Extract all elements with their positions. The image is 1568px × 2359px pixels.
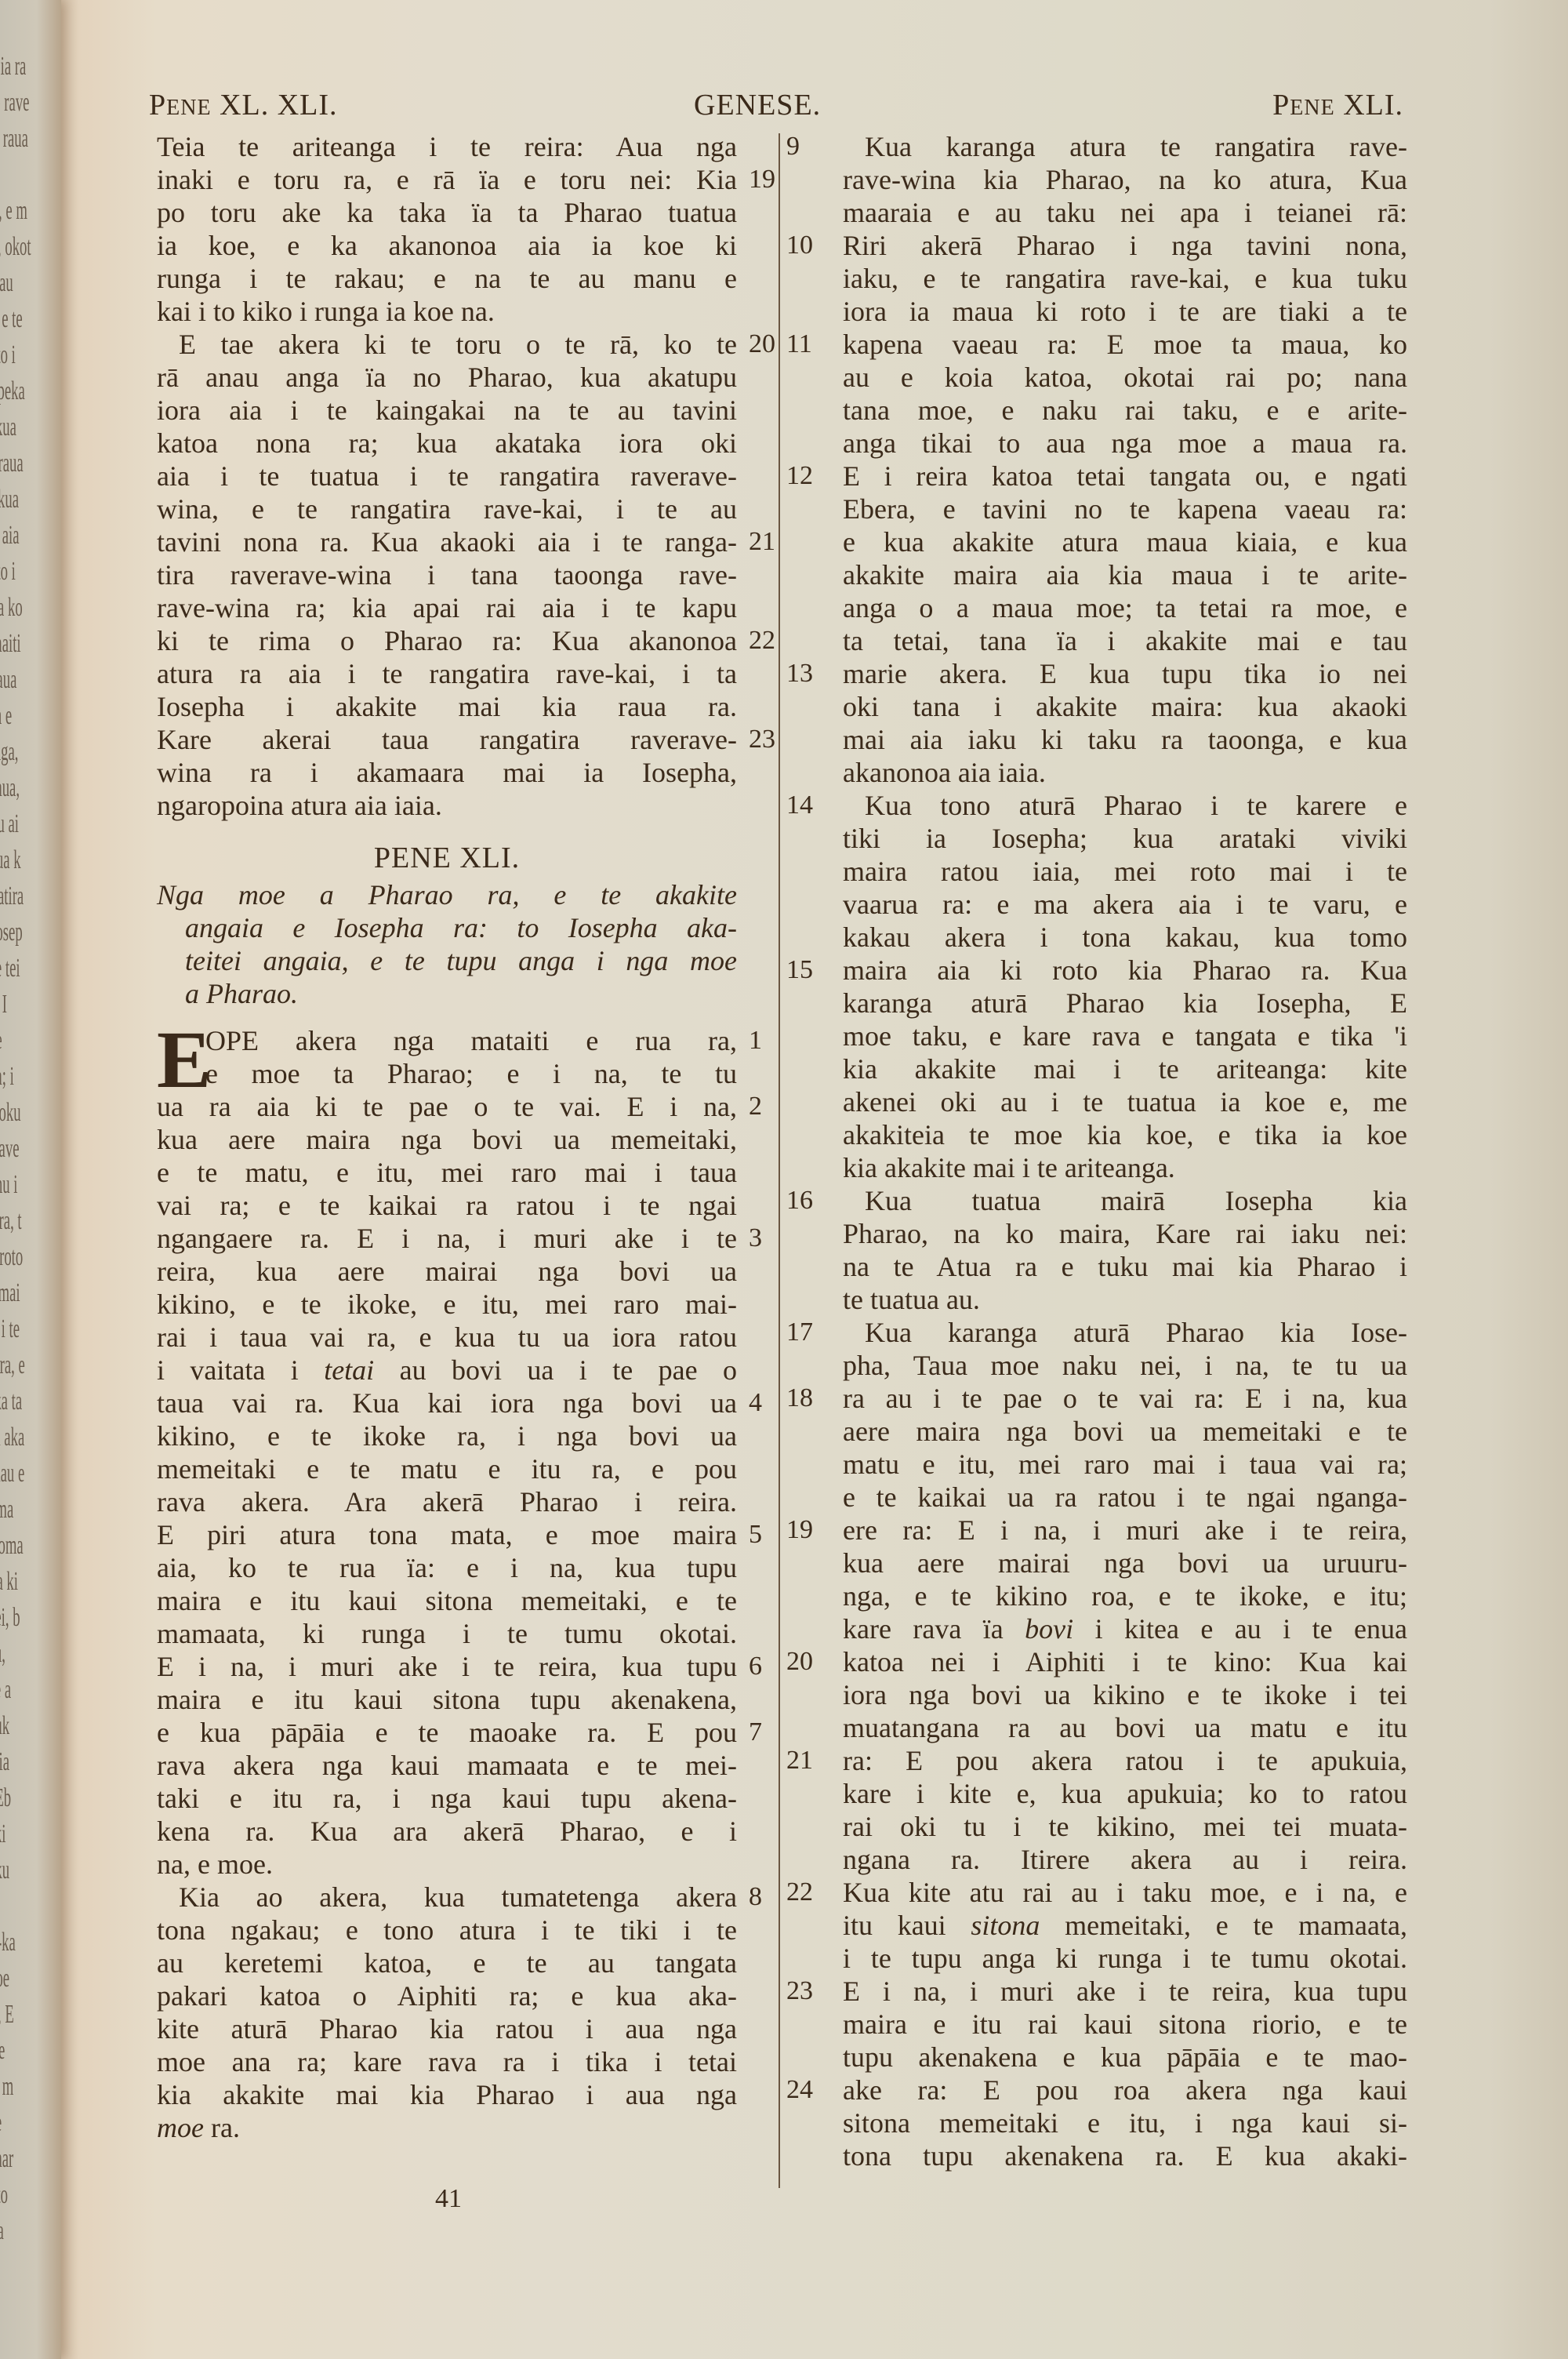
text-line: aia, ko te rua ïa: e i na, kua tupu — [157, 1551, 737, 1584]
line-text: maaraia e au taku nei apa i teianei rā: — [843, 197, 1407, 228]
line-text: tona tupu akenakena ra. E kua akaki- — [843, 2140, 1407, 2172]
bleed-text-line: ra: e — [0, 1026, 2, 1056]
bleed-text-line: vine tei — [0, 954, 20, 983]
text-line: wina, e te rangatira rave-kai, i te au — [157, 493, 737, 525]
text-line: tiki ia Iosepha; kua arataki viviki — [843, 822, 1407, 855]
line-text: rai i taua vai ra, e kua tu ua iora rato… — [157, 1321, 737, 1353]
text-line: vaarua ra: e ma akera aia i te varu, e — [843, 888, 1407, 921]
bleed-text-line: e tapeka — [0, 376, 25, 406]
line-text: maira ratou iaia, mei roto mai i te — [843, 856, 1407, 887]
line-text: anga o a maua moe; ta tetai ra moe, e — [843, 592, 1407, 623]
chapter-summary: Nga moe a Pharao ra, e te akakiteangaia … — [157, 878, 737, 1010]
verse-number: 6 — [749, 1650, 762, 1683]
bleed-text-line: eau ia ra — [0, 52, 26, 82]
bleed-text-line: pha, E — [0, 2000, 14, 2030]
verse-number: 20 — [786, 1645, 830, 1678]
text-line: kia akakite mai kia Pharao i aua nga — [157, 2078, 737, 2111]
line-text: pha, Taua moe naku nei, i na, te tu ua — [843, 1350, 1407, 1381]
text-line: katoa nona ra; kua akataka iora oki — [157, 427, 737, 460]
left-column: Teia te ariteanga i te reira: Aua ngaina… — [157, 130, 737, 2144]
bleed-text-line: ra, e — [0, 2108, 2, 2138]
line-text: oki tana i akakite maira: kua akaoki — [843, 691, 1407, 722]
bleed-text-line: aira aia — [0, 521, 19, 551]
line-text: matu e itu, mei raro mai i taua vai ra; — [843, 1448, 1407, 1480]
text-line: kapena vaeau ra: E moe ta maua, ko11 — [843, 328, 1407, 361]
line-text: ngangaere ra. E i na, i muri ake i te — [157, 1223, 737, 1254]
bleed-text-line: ke ka ta — [0, 1387, 22, 1416]
line-text: aia i te tuatua i te rangatira raverave- — [157, 460, 737, 492]
text-line: kena ra. Kua ara akerā Pharao, e i — [157, 1815, 737, 1848]
text-line: e moe ta Pharao; e i na, te tu — [157, 1057, 737, 1090]
bleed-text-line: oku m — [0, 2072, 13, 2102]
line-text: pakari katoa o Aiphiti ra; e kua aka- — [157, 1980, 737, 2012]
bleed-text-line: ati Eb — [0, 1783, 11, 1813]
bleed-text-line: ra, kua — [0, 413, 16, 442]
text-line: maira e itu rai kaui sitona riorio, e te — [843, 2008, 1407, 2041]
line-text: kikino, e te ikoke, e itu, mei raro mai- — [157, 1289, 737, 1320]
line-text: karanga aturā Pharao kia Iosepha, E — [843, 987, 1407, 1019]
text-line: vai ra; e te kaikai ra ratou i te ngai — [157, 1189, 737, 1222]
line-text: e kua pāpāia e te maoake ra. E pou — [157, 1717, 737, 1748]
line-text: iora nga bovi ua kikino e te ikoke i tei — [843, 1679, 1407, 1710]
verse-number: 1 — [749, 1024, 762, 1057]
bleed-text-line: i iaku — [0, 1856, 9, 1885]
text-line: iora aia i te kaingakai na te au tavini — [157, 394, 737, 427]
text-line: iora nga bovi ua kikino e te ikoke i tei — [843, 1678, 1407, 1711]
text-line: Riri akerā Pharao i nga tavini nona,10 — [843, 229, 1407, 262]
line-text: akakite maira aia kia maua i te arite- — [843, 559, 1407, 591]
verse-number: 18 — [786, 1382, 830, 1415]
text-line: maaraia e au taku nei apa i teianei rā: — [843, 196, 1407, 229]
text-line: na te Atua ra e tuku mai kia Pharao i — [843, 1250, 1407, 1283]
text-line: Kare akerai taua rangatira raverave-23 — [157, 723, 737, 756]
bleed-text-line: iti ra — [0, 2216, 4, 2246]
verse-number: 23 — [786, 1975, 830, 2008]
line-text: taua vai ra. Kua kai iora nga bovi ua — [157, 1387, 737, 1419]
line-text: kua aere maira nga bovi ua memeitaki, — [157, 1124, 737, 1155]
text-line: rava akera nga kaui mamaata e te mei- — [157, 1749, 737, 1782]
text-line: e te matu, e itu, mei raro mai i taua — [157, 1156, 737, 1189]
text-line: maira aia ki roto kia Pharao ra. Kua15 — [843, 954, 1407, 987]
text-line: Kia ao akera, kua tumatetenga akera8 — [157, 1881, 737, 1914]
line-text: au keretemi katoa, e te au tangata — [157, 1947, 737, 1979]
line-text: muatangana ra au bovi ua matu e itu — [843, 1712, 1407, 1743]
text-line: karanga aturā Pharao kia Iosepha, E — [843, 987, 1407, 1020]
text-line: taki e itu ra, i nga kaui tupu akena- — [157, 1782, 737, 1815]
text-line: iaku, e te rangatira rave-kai, e kua tuk… — [843, 262, 1407, 295]
line-text: itu kaui sitona memeitaki, e te mamaata, — [843, 1910, 1407, 1941]
text-line: anga tikai to aua nga moe a maua ra. — [843, 427, 1407, 460]
running-head-right: PENE XLI. — [1272, 88, 1403, 122]
text-line: rai oki tu i te kikino, mei tei muata- — [843, 1810, 1407, 1843]
text-line: ere ra: E i na, i muri ake i te reira,19 — [843, 1514, 1407, 1547]
line-text: Kua tono aturā Pharao i te karere e — [865, 790, 1407, 821]
line-text: Kare akerai taua rangatira raverave- — [157, 724, 737, 755]
text-line: kua aere maira nga bovi ua memeitaki, — [157, 1123, 737, 1156]
verse-number: 21 — [786, 1744, 830, 1777]
text-line: sitona memeitaki e itu, i nga kaui si- — [843, 2106, 1407, 2139]
line-text: ngaropoina atura aia iaia. — [157, 790, 442, 821]
bleed-text-line: ra raua — [0, 665, 16, 695]
line-text: Iosepha i akakite mai kia raua ra. — [157, 691, 737, 722]
bleed-text-line: ia tuk — [0, 1711, 9, 1741]
verse-number: 22 — [786, 1876, 830, 1909]
line-text: maira aia ki roto kia Pharao ra. Kua — [843, 954, 1407, 986]
line-text: kikino, e te ikoke ra, i nga bovi ua — [157, 1420, 737, 1452]
line-text: Pharao, na ko maira, Kare rai iaku nei: — [843, 1218, 1407, 1249]
verse-number: 21 — [749, 525, 775, 558]
line-text: Kia ao akera, kua tumatetenga akera — [179, 1881, 737, 1913]
line-text: E i reira katoa tetai tangata ou, e ngat… — [843, 460, 1407, 492]
line-text: i te tupu anga ki runga i te tumu okotai… — [843, 1943, 1407, 1974]
bleed-text-line: tei toku — [0, 1098, 21, 1128]
bleed-text-line: nga i te — [0, 1314, 20, 1344]
bleed-text-line: etai, okot — [0, 232, 31, 262]
line-text: te tuatua au. — [843, 1284, 980, 1315]
text-line: kite aturā Pharao kia ratou i aua nga — [157, 2012, 737, 2045]
verse-number: 14 — [786, 789, 830, 822]
line-text: Riri akerā Pharao i nga tavini nona, — [843, 230, 1407, 261]
verse-number: 10 — [786, 229, 830, 262]
line-text: inaki e toru ra, e rā ïa e toru nei: Kia — [157, 164, 737, 195]
line-text: OPE akera nga mataiti e rua ra, — [205, 1025, 737, 1056]
line-text: kena ra. Kua ara akerā Pharao, e i — [157, 1816, 737, 1847]
text-line: i vaitata i tetai au bovi ua i te pae o — [157, 1354, 737, 1387]
bleed-text-line: ia ra; i — [0, 1062, 14, 1092]
line-text: kua aere mairai nga bovi ua uruuru- — [843, 1547, 1407, 1579]
bleed-text-line: tua mai — [0, 1278, 20, 1308]
bleed-text-line: i moe — [0, 1964, 9, 1994]
line-text: memeitaki e te matu e itu ra, e pou — [157, 1453, 737, 1485]
text-line: ngana ra. Itirere akera au i reira. — [843, 1843, 1407, 1876]
bleed-text-line: i ki roto — [0, 1242, 23, 1272]
text-line: e kua akakite atura maua kiaia, e kua — [843, 525, 1407, 558]
line-text: vai ra; e te kaikai ra ratou i te ngai — [157, 1190, 737, 1221]
text-line: tavini nona ra. Kua akaoki aia i te rang… — [157, 525, 737, 558]
line-text: tana moe, e naku rai taku, e e arite- — [843, 394, 1407, 426]
bleed-text-line: oru ra, e — [0, 1350, 25, 1380]
text-line: kikino, e te ikoke, e itu, mei raro mai- — [157, 1288, 737, 1321]
bleed-text-line: i toma — [0, 1495, 13, 1525]
text-line: Kua tono aturā Pharao i te karere e14 — [843, 789, 1407, 822]
line-text: mamaata, ki runga i te tumu okotai. — [157, 1618, 737, 1649]
verse-number: 23 — [749, 723, 775, 756]
line-text: marie akera. E kua tupu tika io nei — [843, 658, 1407, 689]
text-line: anga o a maua moe; ta tetai ra moe, e — [843, 591, 1407, 624]
text-line: tona ngakau; e tono atura i te tiki i te — [157, 1914, 737, 1946]
text-line: mamaata, ki runga i te tumu okotai. — [157, 1617, 737, 1650]
line-text: ia koe, e ka akanonoa aia ia koe ki — [157, 230, 737, 261]
bleed-text-line: I keia — [0, 1747, 9, 1777]
line-text: ere ra: E i na, i muri ake i te reira, — [843, 1514, 1407, 1546]
text-line: Teia te ariteanga i te reira: Aua nga — [157, 130, 737, 163]
line-text: vaarua ra: e ma akera aia i te varu, e — [843, 889, 1407, 920]
right-column: Kua karanga atura te rangatira rave-9rav… — [843, 130, 1407, 2172]
text-line: E i na, i muri ake i te reira, kua tupu2… — [843, 1975, 1407, 2008]
line-text: rava akera. Ara akerā Pharao i reira. — [157, 1486, 737, 1518]
verse-number: 22 — [749, 624, 775, 657]
line-text: Kua karanga aturā Pharao kia Iose- — [865, 1317, 1407, 1348]
bleed-text-line: e naau e — [0, 1459, 24, 1488]
text-line: moe taku, e kare rava e tangata e tika '… — [843, 1020, 1407, 1052]
left-column-verses-ch40: Teia te ariteanga i te reira: Aua ngaina… — [157, 130, 737, 822]
verse-number: 5 — [749, 1518, 762, 1551]
line-text: kare i kite e, kua apukuia; ko to ratou — [843, 1778, 1407, 1809]
line-text: rave-wina ra; kia apai rai aia i te kapu — [157, 592, 737, 623]
bleed-text-line: iaku, — [0, 1639, 5, 1669]
line-text: Kua kite atu rai au i taku moe, e i na, … — [843, 1877, 1407, 1908]
line-text: ua ra aia ki te pae o te vai. E i na, — [157, 1091, 737, 1122]
text-line: akenei oki au i te tuatua ia koe e, me — [843, 1085, 1407, 1118]
summary-line: a Pharao. — [157, 977, 737, 1010]
verse-number: 15 — [786, 954, 830, 987]
text-line: muatangana ra au bovi ua matu e itu — [843, 1711, 1407, 1744]
line-text: kare rava ïa bovi i kitea e au i te enua — [843, 1613, 1407, 1645]
bleed-text-line: i roto i — [0, 557, 16, 587]
line-text: moe ana ra; kare rava ra i tika i tetai — [157, 2046, 737, 2077]
text-line: mai aia iaku ki taku ra taoonga, e kua — [843, 723, 1407, 756]
line-text: kai i to kiko i runga ia koe na. — [157, 296, 495, 327]
bleed-text-line: ki ra ki — [0, 1567, 18, 1597]
line-text: ngana ra. Itirere akera au i reira. — [843, 1844, 1407, 1875]
bleed-text-line: korua k — [0, 845, 21, 875]
line-text: tira raverave-wina i tana taoonga rave- — [157, 559, 737, 591]
text-line: tira raverave-wina i tana taoonga rave- — [157, 558, 737, 591]
line-text: moe ra. — [157, 2112, 240, 2143]
line-text: tavini nona ra. Kua akaoki aia i te rang… — [157, 526, 737, 558]
line-text: E tae akera ki te toru o te rā, ko te — [179, 329, 737, 360]
text-line: kua aere mairai nga bovi ua uruuru- — [843, 1547, 1407, 1579]
adjacent-page-bleed: Peneau ia rana e raveiora rauaarai, e me… — [0, 0, 61, 2359]
bleed-text-line: a Phar — [0, 2144, 13, 2174]
line-text: rave-wina kia Pharao, na ko atura, Kua — [843, 164, 1407, 195]
line-text: kia akakite mai i te ariteanga. — [843, 1152, 1175, 1183]
text-line: ua ra aia ki te pae o te vai. E i na,2 — [157, 1090, 737, 1123]
line-text: moe taku, e kare rava e tangata e tika '… — [843, 1020, 1407, 1052]
line-text: na, e moe. — [157, 1848, 273, 1880]
text-line: E piri atura tona mata, e moe maira5 — [157, 1518, 737, 1551]
text-line: rā anau anga ïa no Pharao, kua akatupu — [157, 361, 737, 394]
verse-number: 3 — [749, 1222, 762, 1255]
line-text: i vaitata i tetai au bovi ua i te pae o — [157, 1354, 737, 1386]
text-line: ake ra: E pou roa akera nga kaui24 — [843, 2074, 1407, 2106]
line-text: E i na, i muri ake i te reira, kua tupu — [157, 1651, 737, 1682]
line-text: kite aturā Pharao kia ratou i aua nga — [157, 2013, 737, 2045]
line-text: akakiteia te moe kia koe, e tika ia koe — [843, 1119, 1407, 1150]
text-line: Iosepha i akakite mai kia raua ra. — [157, 690, 737, 723]
text-line: maira e itu kaui sitona memeitaki, e te — [157, 1584, 737, 1617]
line-text: rava akera nga kaui mamaata e te mei- — [157, 1750, 737, 1781]
verse-number: 8 — [749, 1881, 762, 1914]
bleed-text-line: ia maiti — [0, 629, 21, 659]
text-line: moe ana ra; kare rava ra i tika i tetai — [157, 2045, 737, 2078]
text-line: ngaropoina atura aia iaia. — [157, 789, 737, 822]
line-text: iaku, e te rangatira rave-kai, e kua tuk… — [843, 263, 1407, 294]
verse-number: 19 — [749, 163, 775, 196]
line-text: po toru ake ka taka ïa ta Pharao tuatua — [157, 197, 737, 228]
text-line: rave-wina kia Pharao, na ko atura, Kua — [843, 163, 1407, 196]
text-line: ia koe, e ka akanonoa aia ia koe ki — [157, 229, 737, 262]
text-line: tana moe, e naku rai taku, e e arite- — [843, 394, 1407, 427]
text-line: ngangaere ra. E i na, i muri ake i te3 — [157, 1222, 737, 1255]
text-line: Kua karanga aturā Pharao kia Iose-17 — [843, 1316, 1407, 1349]
bleed-text-line: ; e e a — [0, 1675, 11, 1705]
line-text: katoa nona ra; kua akataka iora oki — [157, 427, 737, 459]
text-line: maira e itu kaui sitona tupu akenakena, — [157, 1683, 737, 1716]
verse-number: 17 — [786, 1316, 830, 1349]
line-text: ra: E pou akera ratou i te apukuia, — [843, 1745, 1407, 1776]
bleed-text-line: teanga, — [0, 737, 18, 767]
summary-line: Nga moe a Pharao ra, e te akakite — [157, 878, 737, 911]
text-line: iora ia maua ki roto i te are tiaki a te — [843, 295, 1407, 328]
text-line: taua vai ra. Kua kai iora nga bovi ua4 — [157, 1387, 737, 1419]
text-line: rava akera. Ara akerā Pharao i reira. — [157, 1485, 737, 1518]
text-line: tona tupu akenakena ra. E kua akaki- — [843, 2139, 1407, 2172]
line-text: tupu akenakena e kua pāpāia e te mao- — [843, 2041, 1407, 2073]
bleed-text-line: angatira — [0, 881, 24, 911]
text-line: E i reira katoa tetai tangata ou, e ngat… — [843, 460, 1407, 493]
right-column-verses: Kua karanga atura te rangatira rave-9rav… — [843, 130, 1407, 2172]
page-number: 41 — [435, 2184, 462, 2214]
left-column-verses-ch41: E OPE akera nga mataiti e rua ra,1e moe … — [157, 1024, 737, 2144]
text-line: pakari katoa o Aiphiti ra; e kua aka- — [157, 1979, 737, 2012]
text-line: akanonoa aia iaia. — [843, 756, 1407, 789]
line-text: akenei oki au i te tuatua ia koe e, me — [843, 1086, 1407, 1118]
text-line: rave-wina ra; kia apai rai aia i te kapu — [157, 591, 737, 624]
line-text: Kua karanga atura te rangatira rave- — [865, 131, 1407, 162]
text-line: ra au i te pae o te vai ra: E i na, kua1… — [843, 1382, 1407, 1415]
running-head: PENE XL. XLI. GENESE. PENE XLI. — [149, 88, 1403, 127]
text-line: memeitaki e te matu e itu ra, e pou — [157, 1452, 737, 1485]
line-text: tiki ia Iosepha; kua arataki viviki — [843, 823, 1407, 854]
text-line: e te kaikai ua ra ratou i te ngai nganga… — [843, 1481, 1407, 1514]
bleed-text-line: arai, e m — [0, 196, 27, 226]
line-text: maira e itu kaui sitona tupu akenakena, — [157, 1684, 737, 1715]
verse-number: 2 — [749, 1090, 762, 1123]
line-text: tona ngakau; e tono atura i te tiki i te — [157, 1914, 737, 1946]
text-line: kikino, e te ikoke ra, i nga bovi ua — [157, 1419, 737, 1452]
verse-number: 9 — [786, 130, 830, 163]
line-text: e te matu, e itu, mei raro mai i taua — [157, 1157, 737, 1188]
line-text: iora ia maua ki roto i te are tiaki a te — [843, 296, 1407, 327]
line-text: na te Atua ra e tuku mai kia Pharao i — [843, 1251, 1407, 1282]
text-line: na, e moe. — [157, 1848, 737, 1881]
text-line: Kua tuatua mairā Iosepha kia16 — [843, 1184, 1407, 1217]
text-line: Pharao, na ko maira, Kare rai iaku nei: — [843, 1217, 1407, 1250]
text-line: aia i te tuatua i te rangatira raverave- — [157, 460, 737, 493]
verse-number: 12 — [786, 460, 830, 493]
line-text: nga, e te kikino roa, e te ikoke, e itu; — [843, 1580, 1407, 1612]
bleed-text-line: rao ra, t — [0, 1206, 22, 1236]
line-text: Teia te ariteanga i te reira: Aua nga — [157, 131, 737, 162]
line-text: kia akakite mai i te ariteanga: kite — [843, 1053, 1407, 1085]
text-line: au keretemi katoa, e te au tangata — [157, 1946, 737, 1979]
line-text: kia akakite mai kia Pharao i aua nga — [157, 2079, 737, 2110]
bleed-text-line: te au ai — [0, 809, 19, 839]
text-line: OPE akera nga mataiti e rua ra,1 — [157, 1024, 737, 1057]
line-text: iora aia i te kaingakai na te au tavini — [157, 394, 737, 426]
line-text: wina ra i akamaara mai ia Iosepha, — [157, 757, 737, 788]
text-line: maira ratou iaia, mei roto mai i te — [843, 855, 1407, 888]
text-line: itu kaui sitona memeitaki, e te mamaata, — [843, 1909, 1407, 1942]
line-text: sitona memeitaki e itu, i nga kaui si- — [843, 2107, 1407, 2139]
bleed-text-line: e ka aka — [0, 1423, 24, 1452]
line-text: Kua tuatua mairā Iosepha kia — [865, 1185, 1407, 1216]
line-text: ta tetai, tana ïa i akakite mai e tau — [843, 625, 1407, 656]
text-line: katoa nei i Aiphiti i te kino: Kua kai20 — [843, 1645, 1407, 1678]
text-line: kia akakite mai i te ariteanga: kite — [843, 1052, 1407, 1085]
text-line: E i na, i muri ake i te reira, kua tupu6 — [157, 1650, 737, 1683]
text-line: marie akera. E kua tupu tika io nei13 — [843, 657, 1407, 690]
line-text: kapena vaeau ra: E moe ta maua, ko — [843, 329, 1407, 360]
line-text: E piri atura tona mata, e moe maira — [157, 1519, 737, 1550]
bleed-text-line: kia raua — [0, 449, 24, 478]
text-line: e kua pāpāia e te maoake ra. E pou7 — [157, 1716, 737, 1749]
bleed-text-line: nei; I — [0, 990, 7, 1020]
text-line: Kua kite atu rai au i taku moe, e i na, … — [843, 1876, 1407, 1909]
line-text: atura ra aia i te rangatira rave-kai, i … — [157, 658, 737, 689]
line-text: aere maira nga bovi ua memeitaki e te — [843, 1416, 1407, 1447]
line-text: maira e itu kaui sitona memeitaki, e te — [157, 1585, 737, 1616]
verse-number: 20 — [749, 328, 775, 361]
bleed-text-line: a, na ko — [0, 593, 23, 623]
line-text: rai oki tu i te kikino, mei tei muata- — [843, 1811, 1407, 1842]
line-text: e moe ta Pharao; e i na, te tu — [205, 1058, 737, 1089]
line-text: ki te rima o Pharao ra: Kua akanonoa — [157, 625, 737, 656]
bleed-text-line: rava e — [0, 701, 12, 731]
verse-number: 4 — [749, 1387, 762, 1419]
bleed-text-line: na e rave — [0, 88, 29, 118]
text-line: Kua karanga atura te rangatira rave-9 — [843, 130, 1407, 163]
text-line: ra: E pou akera ratou i te apukuia,21 — [843, 1744, 1407, 1777]
line-text: taki e itu ra, i nga kaui tupu akena- — [157, 1783, 737, 1814]
summary-line: teitei angaia, e te tupu anga i nga moe — [157, 944, 737, 977]
bleed-text-line: i to au — [0, 268, 13, 298]
line-text: runga i te rakau; e na te au manu e — [157, 263, 737, 294]
line-text: rā anau anga ïa no Pharao, kua akatupu — [157, 362, 737, 393]
line-text: maira e itu rai kaui sitona riorio, e te — [843, 2008, 1407, 2040]
text-line: matu e itu, mei raro mai i taua vai ra; — [843, 1448, 1407, 1481]
text-line: aere maira nga bovi ua memeitaki e te — [843, 1415, 1407, 1448]
chapter-title: PENE XLI. — [157, 822, 737, 878]
text-line: i te tupu anga ki runga i te tumu okotai… — [843, 1942, 1407, 1975]
text-line: nga, e te kikino roa, e te ikoke, e itu; — [843, 1579, 1407, 1612]
bleed-text-line: na, kua — [0, 485, 19, 514]
text-line: kai i to kiko i runga ia koe na. — [157, 295, 737, 328]
bleed-text-line: puke — [0, 2036, 5, 2066]
verse-number: 11 — [786, 328, 830, 361]
text-line: runga i te rakau; e na te au manu e — [157, 262, 737, 295]
line-text: ake ra: E pou roa akera nga kaui — [843, 2074, 1407, 2106]
verse-number: 16 — [786, 1184, 830, 1217]
text-line: oki tana i akakite maira: kua akaoki — [843, 690, 1407, 723]
bleed-text-line: kumu i — [0, 1170, 17, 1200]
bleed-text-line: u nei, b — [0, 1603, 20, 1633]
text-line: ta tetai, tana ïa i akakite mai e tau — [843, 624, 1407, 657]
verse-number: 7 — [749, 1716, 762, 1749]
text-line: rai i taua vai ra, e kua tu ua iora rato… — [157, 1321, 737, 1354]
text-line: akakiteia te moe kia koe, e tika ia koe — [843, 1118, 1407, 1151]
line-text: e te kaikai ua ra ratou i te ngai nganga… — [843, 1481, 1407, 1513]
bleed-text-line: oe toma — [0, 1531, 24, 1561]
verse-number: 19 — [786, 1514, 830, 1547]
line-text: wina, e te rangatira rave-kai, i te au — [157, 493, 737, 525]
line-text: au e koia katoa, okotai rai po; nana — [843, 362, 1407, 393]
line-text: reira, kua aere mairai nga bovi ua — [157, 1256, 737, 1287]
summary-line: angaia e Iosepha ra: to Iosepha aka- — [157, 911, 737, 944]
text-line: te tuatua au. — [843, 1283, 1407, 1316]
bleed-text-line: ua rave — [0, 1134, 20, 1164]
